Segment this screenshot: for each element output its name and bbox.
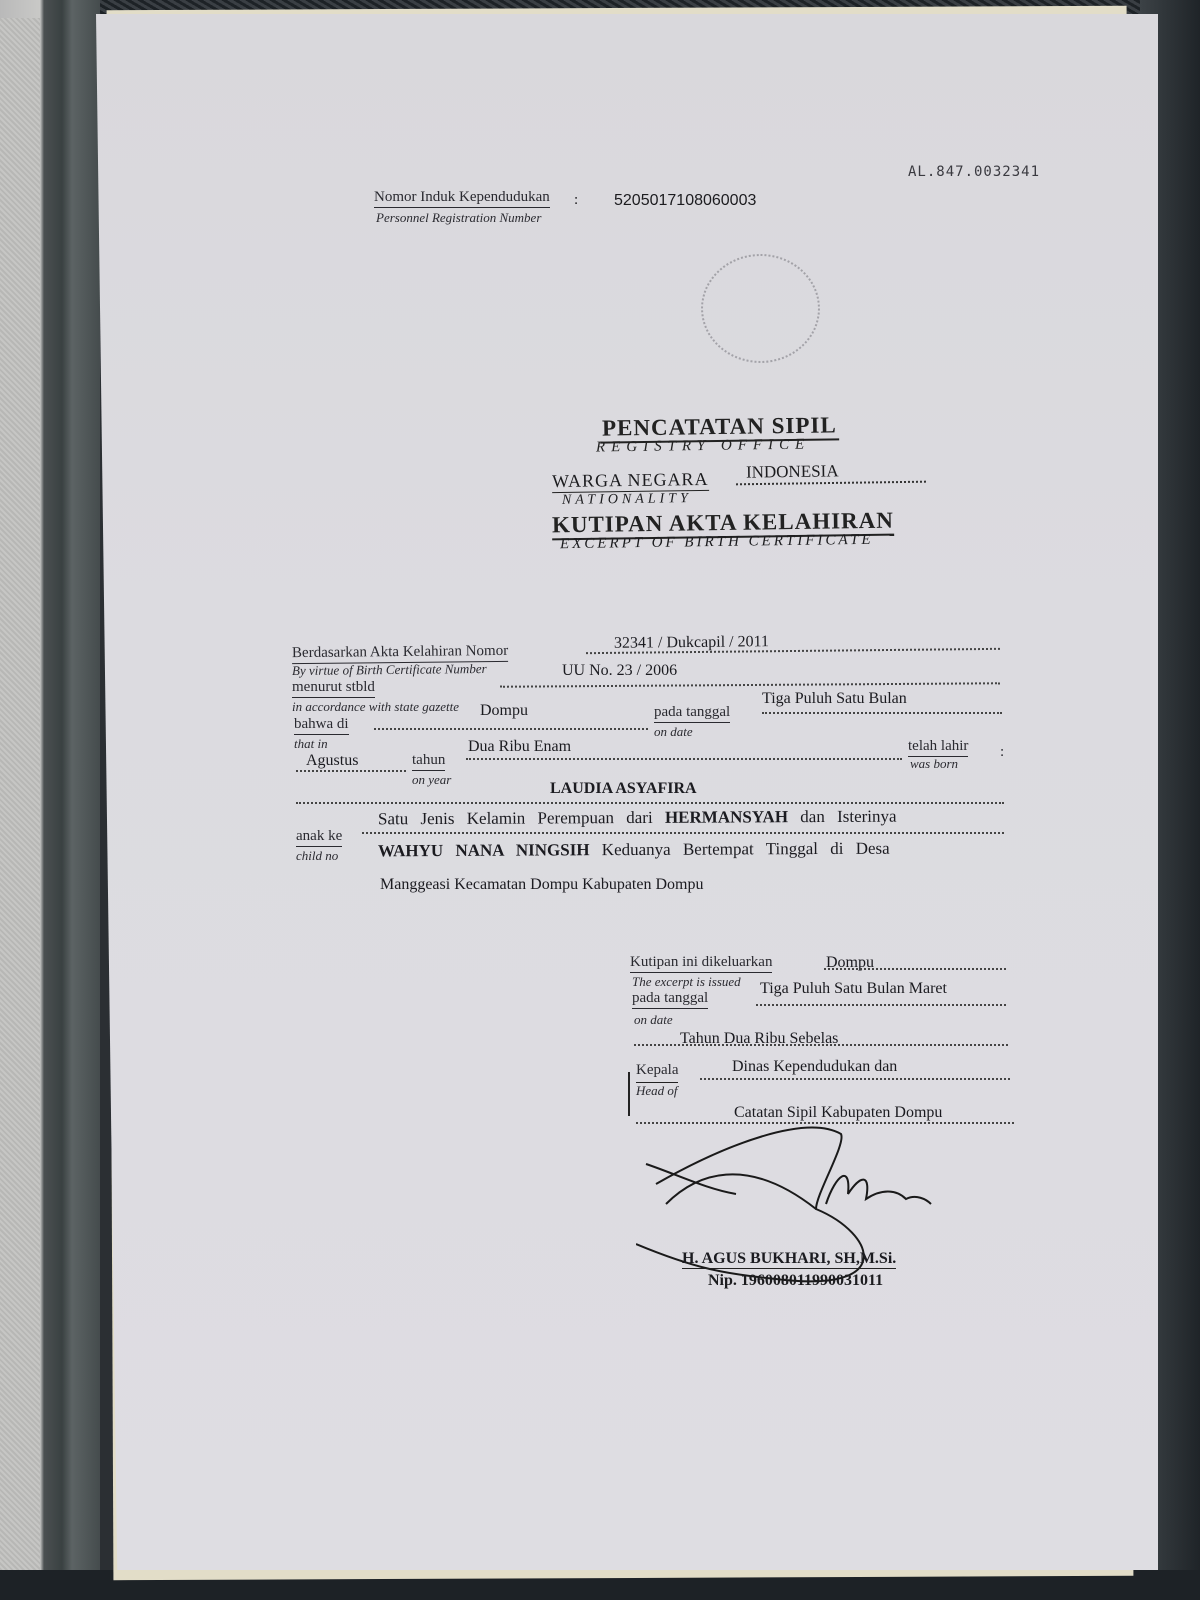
nationality-label: WARGA NEGARA <box>552 469 709 493</box>
office-line-1: Dinas Kependudukan dan <box>732 1058 897 1076</box>
issued-label-en: The excerpt is issued <box>632 974 741 990</box>
birth-place-value: Dompu <box>480 702 528 720</box>
issued-year-dotted-line <box>634 1044 1008 1046</box>
child-line-2: WAHYU NANA NINGSIH Keduanya Bertempat Ti… <box>378 839 890 862</box>
nik-label-en: Personnel Registration Number <box>376 210 541 226</box>
stbld-dotted-line <box>500 682 1000 687</box>
child-line-1-end: dan Isterinya <box>800 807 896 827</box>
official-nip: Nip. 196008011990031011 <box>708 1272 883 1290</box>
mother-name: WAHYU NANA NINGSIH <box>378 840 590 860</box>
issued-date-value: Tiga Puluh Satu Bulan Maret <box>760 980 947 998</box>
head-label-en: Head of <box>636 1082 678 1099</box>
birth-place-label: bahwa di <box>294 716 349 735</box>
birth-date-value: Tiga Puluh Satu Bulan <box>762 690 907 708</box>
office-line-1-dotted-line <box>700 1078 1010 1080</box>
birth-date-label-en: on date <box>654 724 693 740</box>
issued-date-dotted-line <box>756 1004 1006 1006</box>
birth-place-dotted-line <box>374 728 648 730</box>
head-label: Kepala <box>636 1062 678 1079</box>
birth-year-label-en: on year <box>412 772 451 788</box>
office-title-en: REGISTRY OFFICE <box>596 437 811 457</box>
birth-year-label: tahun <box>412 752 445 771</box>
birth-month-dotted-line <box>296 770 406 772</box>
child-no-dotted-line <box>362 832 1004 834</box>
nationality-value: INDONESIA <box>746 461 839 482</box>
child-no-label-en: child no <box>296 848 338 864</box>
born-label-en: was born <box>910 756 958 772</box>
official-name: H. AGUS BUKHARI, SH,M.Si. <box>682 1250 896 1269</box>
birth-place-label-en: that in <box>294 736 328 752</box>
nationality-label-en: NATIONALITY <box>562 491 692 509</box>
child-line-3: Manggeasi Kecamatan Dompu Kabupaten Domp… <box>380 876 703 894</box>
folder-left-sheet <box>0 18 40 1573</box>
stbld-value: UU No. 23 / 2006 <box>562 662 677 680</box>
nik-value: 5205017108060003 <box>614 192 756 210</box>
office-line-2: Catatan Sipil Kabupaten Dompu <box>734 1104 942 1122</box>
child-name-dotted-line <box>296 802 1004 804</box>
stbld-label-en: in accordance with state gazette <box>292 699 459 715</box>
born-separator: : <box>1000 744 1004 761</box>
birth-year-dotted-line <box>466 758 902 760</box>
child-line-1: Satu Jenis Kelamin Perempuan dari HERMAN… <box>378 807 897 830</box>
issued-date-label: pada tanggal <box>632 990 708 1009</box>
birth-date-dotted-line <box>762 712 1002 714</box>
cert-number-label-en: By virtue of Birth Certificate Number <box>292 661 487 679</box>
born-label: telah lahir <box>908 738 968 757</box>
birth-certificate-paper: AL.847.0032341 Nomor Induk Kependudukan … <box>96 14 1158 1570</box>
child-line-1-text: Satu Jenis Kelamin Perempuan dari <box>378 808 653 828</box>
issued-date-label-en: on date <box>634 1012 673 1028</box>
document-title-en: EXCERPT OF BIRTH CERTIFICATE <box>560 532 874 553</box>
serial-number: AL.847.0032341 <box>908 164 1040 180</box>
issued-place-dotted-line <box>824 968 1006 970</box>
child-no-label: anak ke <box>296 828 342 847</box>
nik-label: Nomor Induk Kependudukan <box>374 189 550 208</box>
bracket-mark <box>628 1072 630 1116</box>
father-name: HERMANSYAH <box>665 807 788 827</box>
issued-label: Kutipan ini dikeluarkan <box>630 954 772 973</box>
stamp-seal-icon <box>701 254 820 363</box>
stbld-label: menurut stbld <box>292 679 375 698</box>
nik-separator: : <box>574 192 578 209</box>
birth-year-value: Dua Ribu Enam <box>468 738 571 756</box>
office-line-2-dotted-line <box>636 1122 1014 1124</box>
birth-month-value: Agustus <box>306 752 358 770</box>
birth-date-label: pada tanggal <box>654 704 730 723</box>
child-line-2-end: Keduanya Bertempat Tinggal di Desa <box>602 839 890 860</box>
child-name: LAUDIA ASYAFIRA <box>550 780 697 798</box>
